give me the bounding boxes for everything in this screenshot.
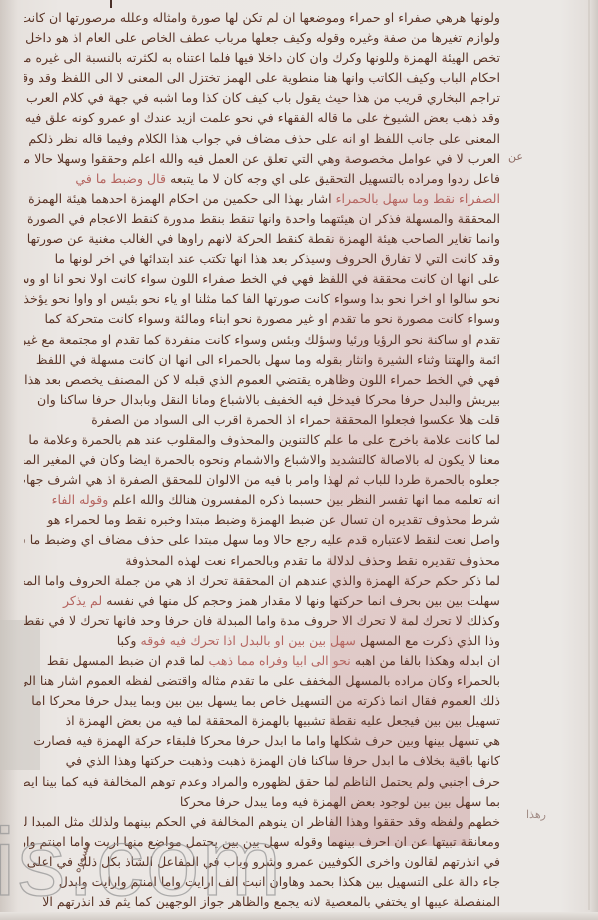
manuscript-line: جعلوه بالحمرة طردا للباب ثم لهذا وامر با… (24, 470, 500, 490)
line-text-continued: لما قدم ان ضبط المسهل نقط (47, 653, 205, 668)
rubric-text: سهل بين بين او بالبدل اذا تحرك فيه فوقه (140, 633, 355, 648)
line-text: وانما تغاير الصاحب هيئة الهمزة نقطة كنقط… (27, 231, 500, 246)
line-text: فاعل ردوا ومراده بالتسهيل التحقيق على اي… (170, 171, 500, 186)
line-text: تخص الهيئة الهمزة وللونها وكرك وان كان د… (24, 50, 500, 65)
line-text: هي تسهل بينها وبين حرف شكلها واما ما ابد… (33, 733, 500, 748)
manuscript-line: شرط محذوف تقديره ان تسال عن ضبط الهمزة و… (24, 510, 500, 530)
line-text-continued: وكبا (117, 633, 137, 648)
line-text: الصفراء نقط وما سهل بالحمراء (336, 191, 500, 206)
manuscript-line: تراجم البخاري قريب من هذا حيث يقول باب ك… (24, 88, 500, 108)
manuscript-line: فهي في الخط حمراء اللون وظاهره يقتضي الع… (24, 370, 500, 390)
line-text: ولوازم تغيرها من صفة وغيره وقوله وكيف جع… (24, 30, 500, 45)
manuscript-line: وكذلك لا تحرك لمة لا تحرك الا حروف مدة و… (24, 611, 500, 631)
manuscript-line: سهلت بين بين بحرف انما حركتها ونها لا مق… (24, 591, 500, 611)
manuscript-line: ان ابدله وهكذا بالفا من اهبه نحو الى ابي… (24, 651, 500, 671)
line-text: ذلك العموم فقال انما ذكرته من التسهيل خا… (31, 693, 500, 708)
manuscript-line: ذلك العموم فقال انما ذكرته من التسهيل خا… (24, 691, 500, 711)
manuscript-line: كانها باقية بخلاف ما ابدل حرفا ساكنا فان… (24, 751, 500, 771)
line-text: جعلوه بالحمرة طردا للباب ثم لهذا وامر با… (24, 472, 500, 487)
line-text: نحو سالوا او اخرا نحو بدا وسواء كانت صور… (24, 291, 500, 306)
manuscript-line: فاعل ردوا ومراده بالتسهيل التحقيق على اي… (24, 169, 500, 189)
manuscript-line: تخص الهيئة الهمزة وللونها وكرك وان كان د… (24, 48, 500, 68)
line-text: تسهيل بين بين فيجعل عليه نقطة تشبيها بال… (66, 713, 500, 728)
line-text-continued: اشار بهذا الى حكمين من احكام الهمزة احده… (28, 191, 331, 206)
line-text: سهلت بين بين بحرف انما حركتها ونها لا مق… (106, 593, 500, 608)
manuscript-line: وذا الذي ذكرت مع المسهل سهل بين بين او ب… (24, 631, 500, 651)
manuscript-line: ائمة والهتنا وثناء الشيرة وانثار بقوله و… (24, 350, 500, 370)
line-text: ائمة والهتنا وثناء الشيرة وانثار بقوله و… (36, 352, 500, 367)
manuscript-line: تقدم او ساكنة نحو الرؤيا ورئيا وسؤلك وبئ… (24, 330, 500, 350)
manuscript-line: المعنى على جانب اللفظ او انه على حذف مضا… (24, 129, 500, 149)
manuscript-line: وقد كانت التي لا تفارق الحروف وسيذكر بعد… (24, 249, 500, 269)
line-text: تراجم البخاري قريب من هذا حيث يقول باب ك… (24, 90, 500, 105)
line-text: احكام الباب وكيف الكاتب وانها هنا منطوية… (24, 70, 500, 85)
manuscript-line: محذوف تقديره نقط وحذف لدلالة ما تقدم وبا… (24, 551, 500, 571)
manuscript-line: هي تسهل بينها وبين حرف شكلها واما ما ابد… (24, 731, 500, 751)
watermark-text: is.com (0, 815, 283, 911)
rubric-text: قال وضبط ما في (75, 171, 166, 186)
manuscript-line: بيريش والبدل حرفا محركا فيدخل فيه الخفيف… (24, 390, 500, 410)
manuscript-line: ولونها هرهي صفراء او حمراء وموضعها ان لم… (24, 8, 500, 28)
line-text: واصل نعت لنقط لاعتباره قدم عليه رجع حالا… (24, 532, 500, 547)
manuscript-line: لما كانت علامة باخرج على ما علم كالتنوين… (24, 430, 500, 450)
line-text: وذا الذي ذكرت مع المسهل (360, 633, 500, 648)
line-text: بالحمراء وكان مراده بالمسهل المخفف على م… (24, 673, 500, 688)
line-text: العرب لا في عوامل مخصوصة وهي التي تعلق ع… (24, 151, 500, 166)
manuscript-page: ولونها هرهي صفراء او حمراء وموضعها ان لم… (0, 0, 598, 920)
manuscript-line: قلت هلا عكسوا فجعلوا المحققة حمراء اذ ال… (24, 410, 500, 430)
line-text: معنا لا يكون له بالاصالة كالتشديد والاشب… (24, 452, 500, 467)
manuscript-line: بالحمراء وكان مراده بالمسهل المخفف على م… (24, 671, 500, 691)
manuscript-line: ولوازم تغيرها من صفة وغيره وقوله وكيف جع… (24, 28, 500, 48)
manuscript-line: احكام الباب وكيف الكاتب وانها هنا منطوية… (24, 68, 500, 88)
line-text: ولونها هرهي صفراء او حمراء وموضعها ان لم… (24, 10, 500, 25)
inline-margin-note: لم يذكر (63, 593, 102, 608)
manuscript-line: لما ذكر حكم حركة الهمزة والذي عندهم ان ا… (24, 571, 500, 591)
manuscript-line: معنا لا يكون له بالاصالة كالتشديد والاشب… (24, 450, 500, 470)
line-text: المحققة والمسهلة فذكر ان هيئتهما واحدة و… (27, 211, 500, 226)
line-text: تقدم او ساكنة نحو الرؤيا ورئيا وسؤلك وبئ… (24, 332, 500, 347)
line-text: محذوف تقديره نقط وحذف لدلالة ما تقدم وبا… (125, 553, 500, 568)
line-text: وكذلك لا تحرك لمة لا تحرك الا حروف مدة و… (24, 613, 500, 628)
line-text: وقد ذهب بعض الشيوخ على ما قاله الفقهاء ف… (24, 110, 500, 125)
line-text: وسواء كانت مصورة نحو ما تقدم او غير مصور… (45, 311, 500, 326)
line-text: لما كانت علامة باخرج على ما علم كالتنوين… (24, 432, 500, 447)
manuscript-line: تسهيل بين بين فيجعل عليه نقطة تشبيها بال… (24, 711, 500, 731)
margin-note-bottom-right: رهذا (526, 808, 546, 821)
line-text: على انها ان كانت محققة في اللفظ فهي في ا… (24, 271, 500, 286)
line-text: انه تعلمه مما انها تفسر النظر بين حسبما … (112, 492, 500, 507)
manuscript-text-block: ولونها هرهي صفراء او حمراء وموضعها ان لم… (24, 8, 500, 912)
manuscript-line: حرف اجنبي ولم يحتمل الناظم لما حقق لظهور… (24, 772, 500, 792)
line-text: قلت هلا عكسوا فجعلوا المحققة حمراء اذ ال… (91, 412, 500, 427)
margin-note-right: عن (508, 150, 523, 163)
manuscript-line: وانما تغاير الصاحب هيئة الهمزة نقطة كنقط… (24, 229, 500, 249)
manuscript-line: الصفراء نقط وما سهل بالحمراء اشار بهذا ا… (24, 189, 500, 209)
line-text: كانها باقية بخلاف ما ابدل حرفا ساكنا فان… (66, 753, 500, 768)
rubric-text: وقوله الفاء (52, 492, 109, 507)
rubric-text: نحو الى ابيا وفراه مما ذهب (209, 653, 351, 668)
manuscript-line: نحو سالوا او اخرا نحو بدا وسواء كانت صور… (24, 289, 500, 309)
line-text: فهي في الخط حمراء اللون وظاهره يقتضي الع… (24, 372, 500, 387)
manuscript-line: وقد ذهب بعض الشيوخ على ما قاله الفقهاء ف… (24, 108, 500, 128)
line-text: المعنى على جانب اللفظ او انه على حذف مضا… (24, 131, 500, 146)
manuscript-line: واصل نعت لنقط لاعتباره قدم عليه رجع حالا… (24, 530, 500, 550)
line-text: لما ذكر حكم حركة الهمزة والذي عندهم ان ا… (24, 573, 500, 588)
line-text: حرف اجنبي ولم يحتمل الناظم لما حقق لظهور… (24, 774, 500, 789)
manuscript-line: انه تعلمه مما انها تفسر النظر بين حسبما … (24, 490, 500, 510)
line-text: ان ابدله وهكذا بالفا من اهبه (355, 653, 500, 668)
ink-mark (110, 0, 112, 8)
manuscript-line: وسواء كانت مصورة نحو ما تقدم او غير مصور… (24, 309, 500, 329)
line-text: وقد كانت التي لا تفارق الحروف وسيذكر بعد… (55, 251, 500, 266)
manuscript-line: المحققة والمسهلة فذكر ان هيئتهما واحدة و… (24, 209, 500, 229)
manuscript-line: على انها ان كانت محققة في اللفظ فهي في ا… (24, 269, 500, 289)
page-fold-edge (588, 0, 590, 910)
line-text: بيريش والبدل حرفا محركا فيدخل فيه الخفيف… (37, 392, 500, 407)
manuscript-line: العرب لا في عوامل مخصوصة وهي التي تعلق ع… (24, 149, 500, 169)
line-text: بما سهل بين بين لوجود بعض الهمزة فيه وما… (180, 794, 500, 809)
line-text: شرط محذوف تقديره ان تسال عن ضبط الهمزة و… (47, 512, 500, 527)
